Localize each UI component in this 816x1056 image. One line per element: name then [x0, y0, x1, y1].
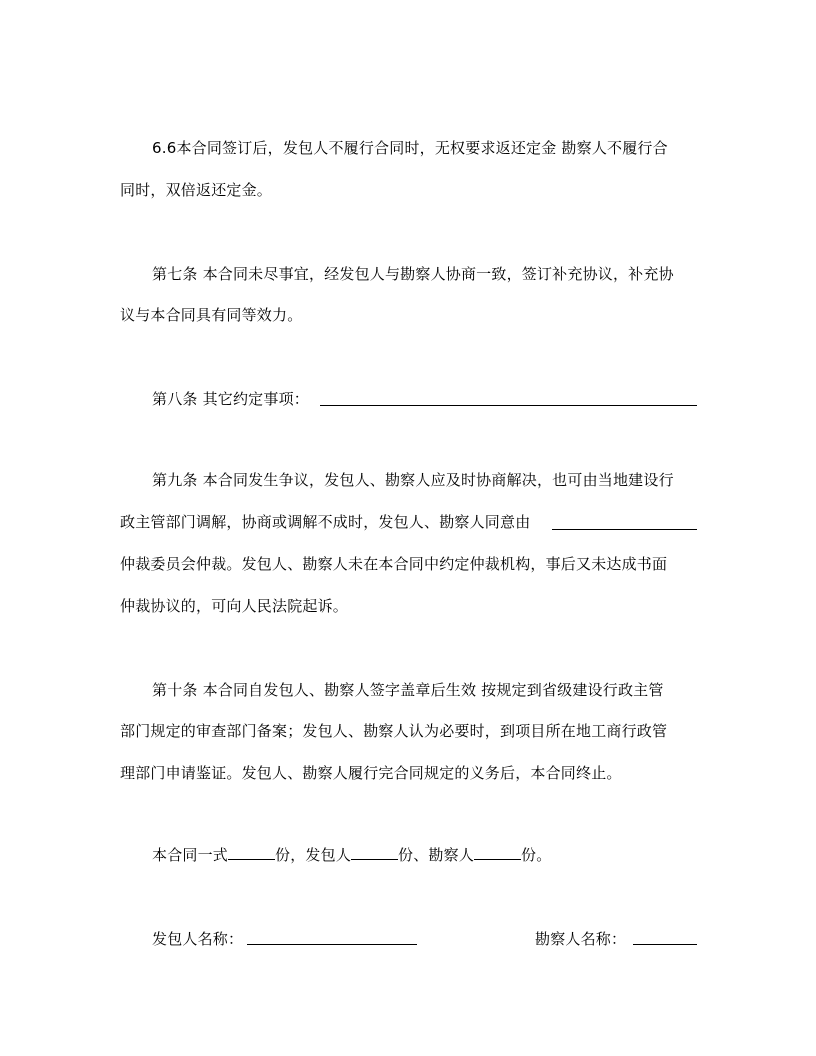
clause-8-blank-field[interactable]	[320, 405, 697, 406]
copies-text-2: 份，发包人	[275, 846, 351, 864]
surveyor-name-blank-field[interactable]	[633, 944, 697, 945]
copies-text-3: 份、勘察人	[398, 846, 474, 864]
clause-6-6-line-2: 同时，双倍返还定金。	[120, 180, 697, 200]
surveyor-copies-blank-field[interactable]	[474, 845, 521, 860]
clause-7-line-2: 议与本合同具有同等效力。	[120, 305, 697, 325]
document-page: 6.6本合同签订后，发包人不履行合同时，无权要求返还定金 勘察人不履行合 同时，…	[0, 0, 816, 1056]
employer-copies-blank-field[interactable]	[351, 845, 398, 860]
clause-9-line-1: 第九条 本合同发生争议，发包人、勘察人应及时协商解决，也可由当地建设行	[152, 470, 697, 490]
clause-10-line-1: 第十条 本合同自发包人、勘察人签字盖章后生效 按规定到省级建设行政主管	[152, 680, 697, 700]
copies-text-4: 份。	[521, 846, 551, 864]
copies-text-1: 本合同一式	[152, 846, 228, 864]
arbitration-commission-blank-field[interactable]	[552, 529, 697, 530]
clause-9-line-3: 仲裁委员会仲裁。发包人、勘察人未在本合同中约定仲裁机构，事后又未达成书面	[120, 554, 697, 574]
clause-8-label: 第八条 其它约定事项：	[152, 389, 697, 409]
employer-name-blank-field[interactable]	[247, 944, 417, 945]
clause-10-line-2: 部门规定的审查部门备案；发包人、勘察人认为必要时，到项目所在地工商行政管	[120, 721, 697, 741]
clause-7-line-1: 第七条 本合同未尽事宜，经发包人与勘察人协商一致，签订补充协议，补充协	[152, 264, 697, 284]
clause-6-6-line-1: 6.6本合同签订后，发包人不履行合同时，无权要求返还定金 勘察人不履行合	[152, 138, 697, 158]
copies-line: 本合同一式份，发包人份、勘察人份。	[152, 845, 697, 865]
clause-9-line-4: 仲裁协议的，可向人民法院起诉。	[120, 596, 697, 616]
clause-10-line-3: 理部门申请鉴证。发包人、勘察人履行完合同规定的义务后，本合同终止。	[120, 763, 697, 783]
total-copies-blank-field[interactable]	[228, 845, 275, 860]
surveyor-name-label: 勘察人名称：	[535, 929, 635, 949]
